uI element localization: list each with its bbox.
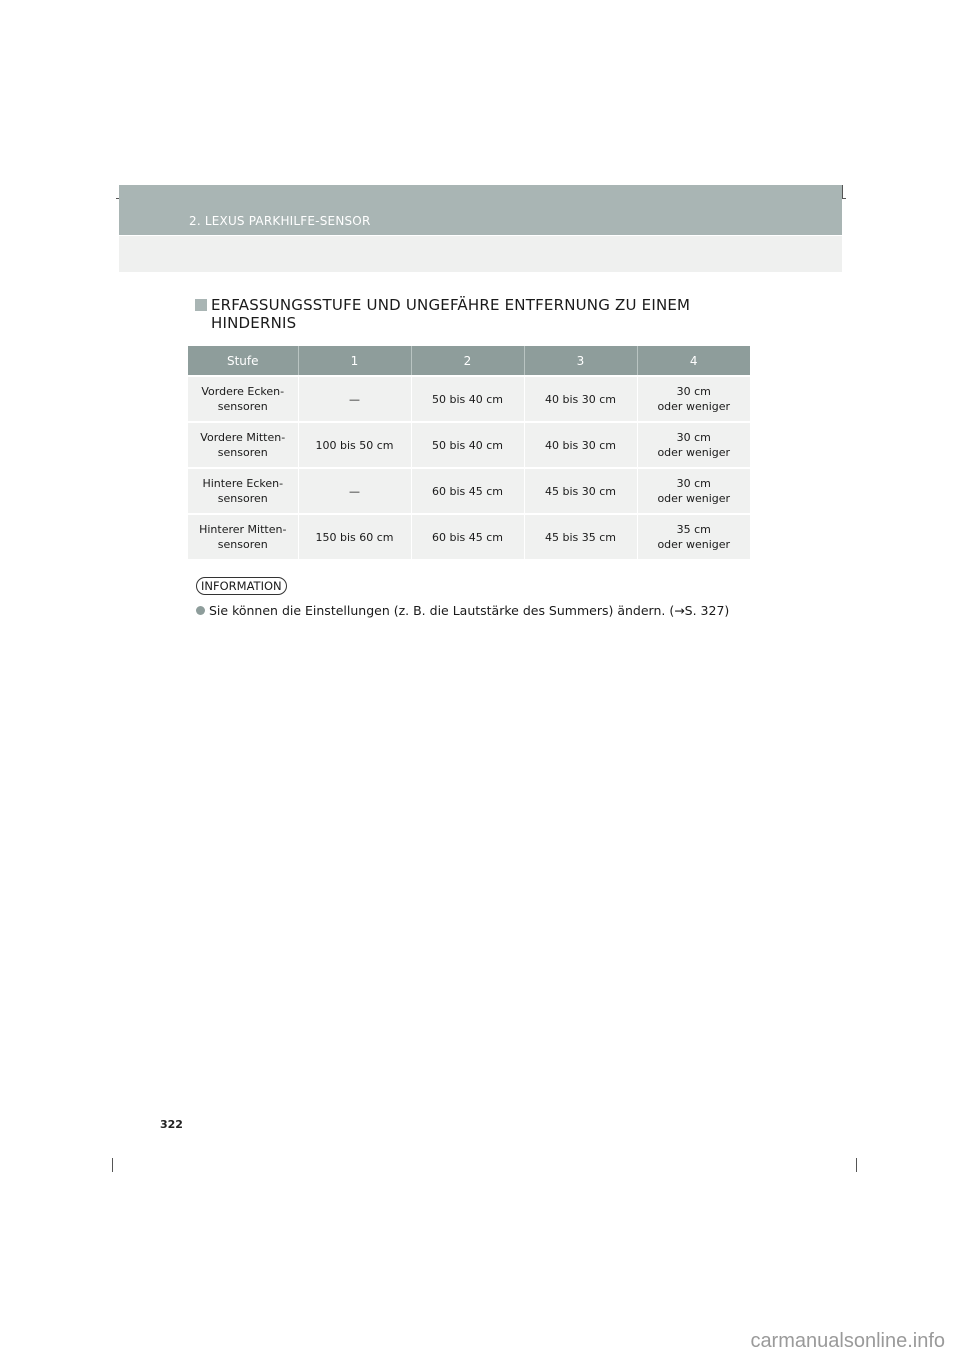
watermark: carmanualsonline.info (750, 1330, 945, 1353)
table-row: Hinterer Mitten-sensoren 150 bis 60 cm 6… (188, 514, 750, 559)
level-1-value: — (298, 376, 411, 422)
level-3-value: 45 bis 30 cm (524, 468, 637, 514)
level-1-value: 150 bis 60 cm (298, 514, 411, 559)
chapter-header-band: 2. LEXUS PARKHILFE-SENSOR (119, 185, 842, 235)
header-sub-band (119, 236, 842, 272)
sensor-label: Hinterer Mitten-sensoren (188, 514, 298, 559)
crop-mark-top-right (842, 185, 843, 199)
level-1-value: — (298, 468, 411, 514)
level-4-value: 30 cmoder weniger (637, 468, 750, 514)
level-2-value: 50 bis 40 cm (411, 422, 524, 468)
sensor-label: Hintere Ecken-sensoren (188, 468, 298, 514)
sensor-label: Vordere Mitten-sensoren (188, 422, 298, 468)
information-text[interactable]: Sie können die Einstellungen (z. B. die … (209, 603, 729, 618)
bullet-circle-icon (196, 606, 205, 615)
header-level-2: 2 (411, 346, 524, 376)
section-title: ERFASSUNGSSTUFE UND UNGEFÄHRE ENTFERNUNG… (211, 296, 756, 332)
page-number: 322 (160, 1118, 183, 1131)
table-row: Hintere Ecken-sensoren — 60 bis 45 cm 45… (188, 468, 750, 514)
detection-levels-table: Stufe 1 2 3 4 Vordere Ecken-sensoren — 5… (188, 346, 750, 559)
chapter-title: 2. LEXUS PARKHILFE-SENSOR (189, 214, 371, 228)
level-2-value: 60 bis 45 cm (411, 468, 524, 514)
header-level-4: 4 (637, 346, 750, 376)
table-row: Vordere Ecken-sensoren — 50 bis 40 cm 40… (188, 376, 750, 422)
level-4-value: 30 cmoder weniger (637, 376, 750, 422)
crop-mark-bottom-right (856, 1158, 857, 1172)
header-level-3: 3 (524, 346, 637, 376)
table-row: Vordere Mitten-sensoren 100 bis 50 cm 50… (188, 422, 750, 468)
level-1-value: 100 bis 50 cm (298, 422, 411, 468)
level-3-value: 40 bis 30 cm (524, 422, 637, 468)
sensor-label: Vordere Ecken-sensoren (188, 376, 298, 422)
header-level-1: 1 (298, 346, 411, 376)
level-4-value: 35 cmoder weniger (637, 514, 750, 559)
information-tag: INFORMATION (196, 577, 287, 595)
crop-mark-top-right-h (842, 198, 846, 199)
level-4-value: 30 cmoder weniger (637, 422, 750, 468)
level-3-value: 40 bis 30 cm (524, 376, 637, 422)
level-2-value: 50 bis 40 cm (411, 376, 524, 422)
information-item: Sie können die Einstellungen (z. B. die … (196, 603, 729, 618)
crop-mark-bottom-left (112, 1158, 113, 1172)
square-bullet-icon (195, 299, 207, 311)
table-header-row: Stufe 1 2 3 4 (188, 346, 750, 376)
header-stufe: Stufe (188, 346, 298, 376)
level-2-value: 60 bis 45 cm (411, 514, 524, 559)
section-title-text: ERFASSUNGSSTUFE UND UNGEFÄHRE ENTFERNUNG… (211, 296, 690, 332)
level-3-value: 45 bis 35 cm (524, 514, 637, 559)
